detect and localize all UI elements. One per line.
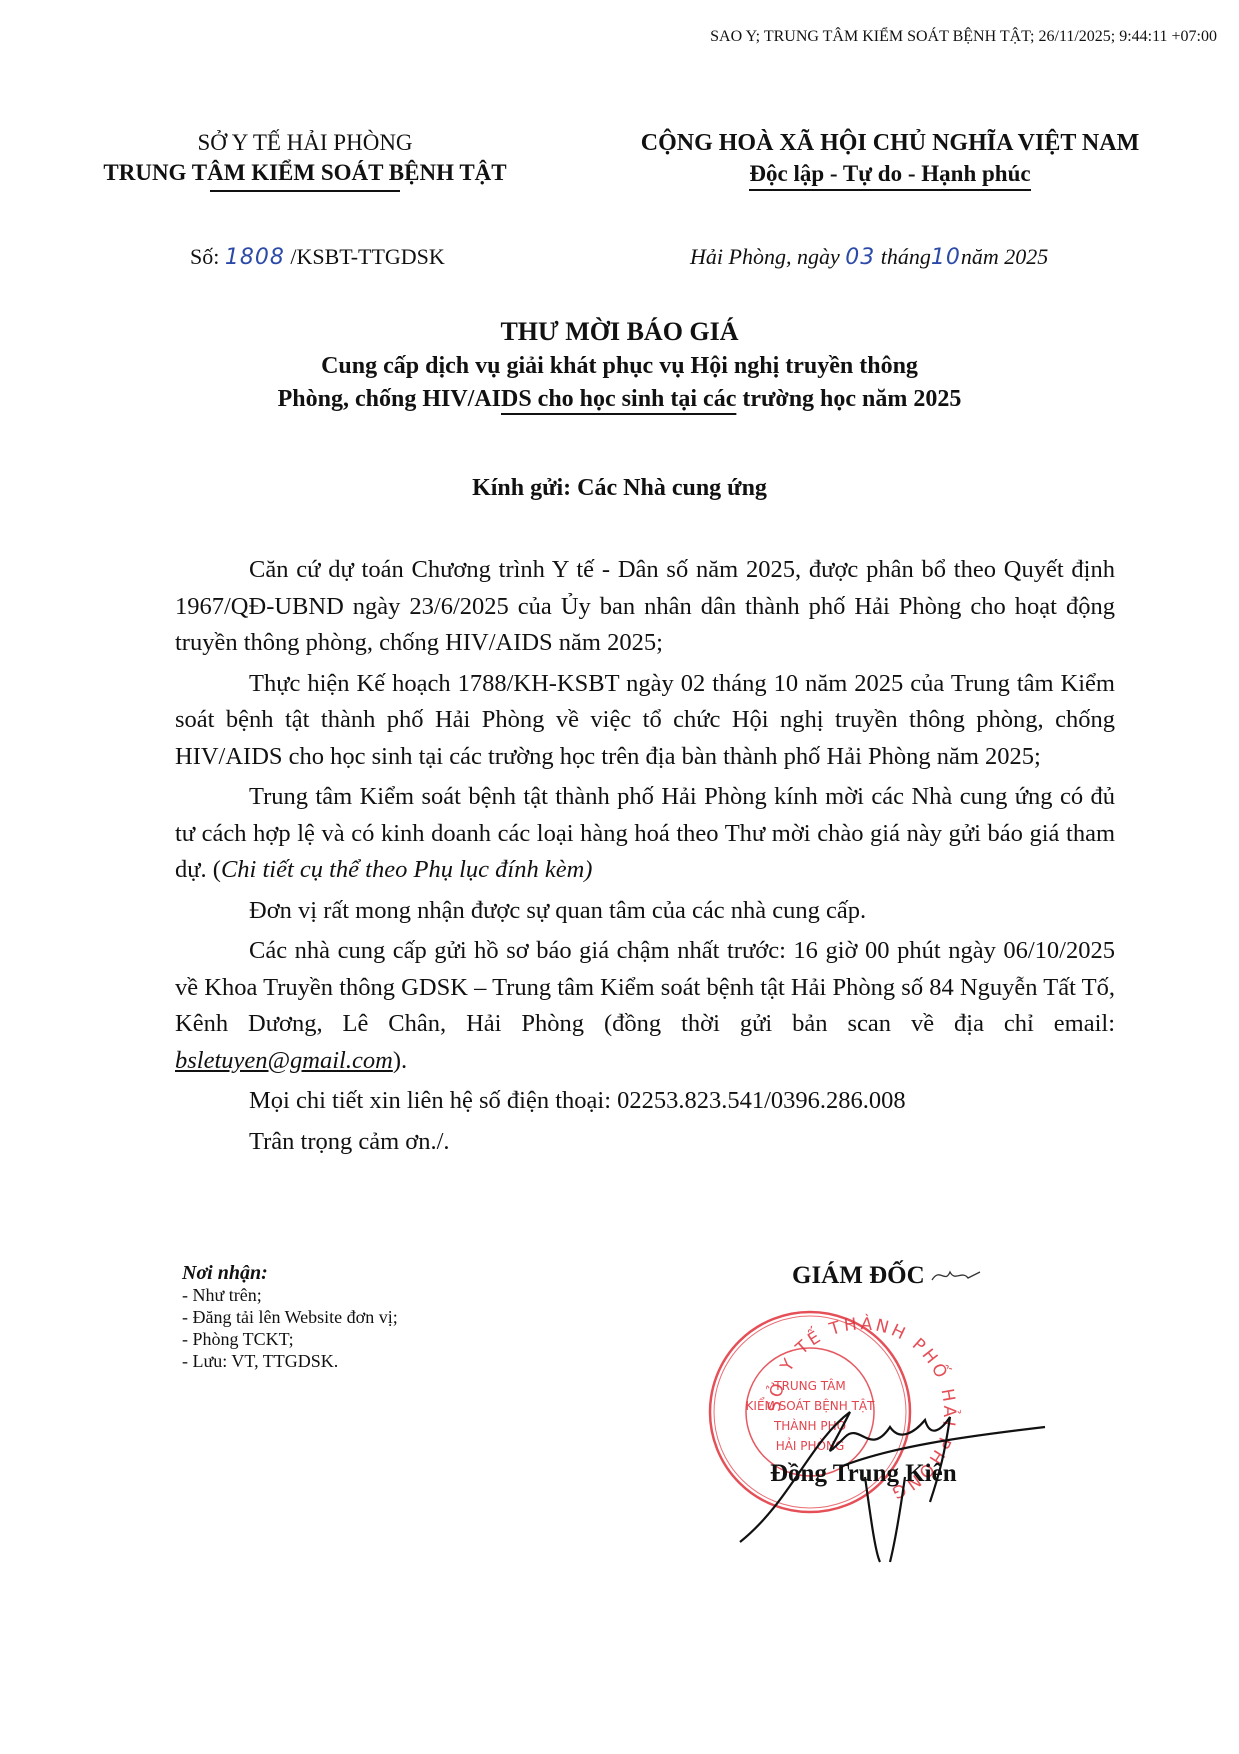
issuing-agency-header: SỞ Y TẾ HẢI PHÒNG TRUNG TÂM KIỂM SOÁT BỆ… [90,130,520,192]
digital-copy-stamp: SAO Y; TRUNG TÂM KIỂM SOÁT BỆNH TẬT; 26/… [710,28,1217,46]
reference-number: 1808 [225,245,285,270]
nation-name: CỘNG HOÀ XÃ HỘI CHỦ NGHĨA VIỆT NAM [590,130,1190,157]
svg-text:HẢI PHÒNG: HẢI PHÒNG [776,1437,845,1453]
agency-underline [210,190,400,192]
paragraph-basis: Căn cứ dự toán Chương trình Y tế - Dân s… [175,552,1115,662]
date-place: Hải Phòng, ngày [690,244,840,269]
date-line: Hải Phòng, ngày 03 tháng10năm 2025 [690,244,1048,270]
recipient-item: - Lưu: VT, TTGDSK. [182,1350,398,1372]
document-subtitle-line2: Phòng, chống HIV/AIDS cho học sinh tại c… [0,386,1239,413]
paragraph-deadline: Các nhà cung cấp gửi hồ sơ báo giá chậm … [175,933,1115,1079]
recipient-item: - Đăng tải lên Website đơn vị; [182,1306,398,1328]
svg-text:KIỂM SOÁT BỆNH TẬT: KIỂM SOÁT BỆNH TẬT [746,1397,876,1413]
recipient-item: - Như trên; [182,1284,398,1306]
document-reference: Số: 1808 /KSBT-TTGDSK [190,244,445,270]
signatory-name: Đồng Trung Kiên [770,1460,957,1488]
paragraph-invitation: Trung tâm Kiểm soát bệnh tật thành phố H… [175,779,1115,889]
email-link[interactable]: bsletuyen@gmail.com [175,1047,393,1074]
svg-text:TRUNG TÂM: TRUNG TÂM [773,1378,846,1393]
recipient-item: - Phòng TCKT; [182,1328,398,1350]
document-subtitle-line1: Cung cấp dịch vụ giải khát phục vụ Hội n… [0,353,1239,380]
date-year: năm 2025 [961,244,1048,269]
paragraph-contact: Mọi chi tiết xin liên hệ số điện thoại: … [175,1083,1115,1120]
reference-suffix: /KSBT-TTGDSK [290,244,444,269]
date-month: 10 [931,245,961,270]
document-title-block: THƯ MỜI BÁO GIÁ Cung cấp dịch vụ giải kh… [0,317,1239,413]
recipients-block: Nơi nhận: - Như trên; - Đăng tải lên Web… [182,1262,398,1372]
parent-agency: SỞ Y TẾ HẢI PHÒNG [90,130,520,156]
national-motto: Độc lập - Tự do - Hạnh phúc [749,161,1030,191]
letter-body: Căn cứ dự toán Chương trình Y tế - Dân s… [175,552,1115,1164]
recipients-heading: Nơi nhận: [182,1262,398,1284]
paragraph-closing: Trân trọng cảm ơn./. [175,1124,1115,1161]
greeting: Kính gửi: Các Nhà cung ứng [0,475,1239,502]
paragraph-request: Đơn vị rất mong nhận được sự quan tâm củ… [175,893,1115,930]
agency-name: TRUNG TÂM KIỂM SOÁT BỆNH TẬT [90,160,520,186]
signatory-role: GIÁM ĐỐC [792,1262,925,1290]
date-month-label: tháng [881,244,931,269]
paragraph-plan: Thực hiện Kế hoạch 1788/KH-KSBT ngày 02 … [175,666,1115,776]
official-seal-icon: SỞ Y TẾ THÀNH PHỐ HẢI PHÒNG TRUNG TÂM KI… [700,1262,1040,1562]
national-header: CỘNG HOÀ XÃ HỘI CHỦ NGHĨA VIỆT NAM Độc l… [590,130,1190,191]
signature-block: SỞ Y TẾ THÀNH PHỐ HẢI PHÒNG TRUNG TÂM KI… [700,1262,1040,1522]
document-title: THƯ MỜI BÁO GIÁ [0,317,1239,347]
date-day: 03 [845,245,875,270]
reference-prefix: Số: [190,244,219,269]
